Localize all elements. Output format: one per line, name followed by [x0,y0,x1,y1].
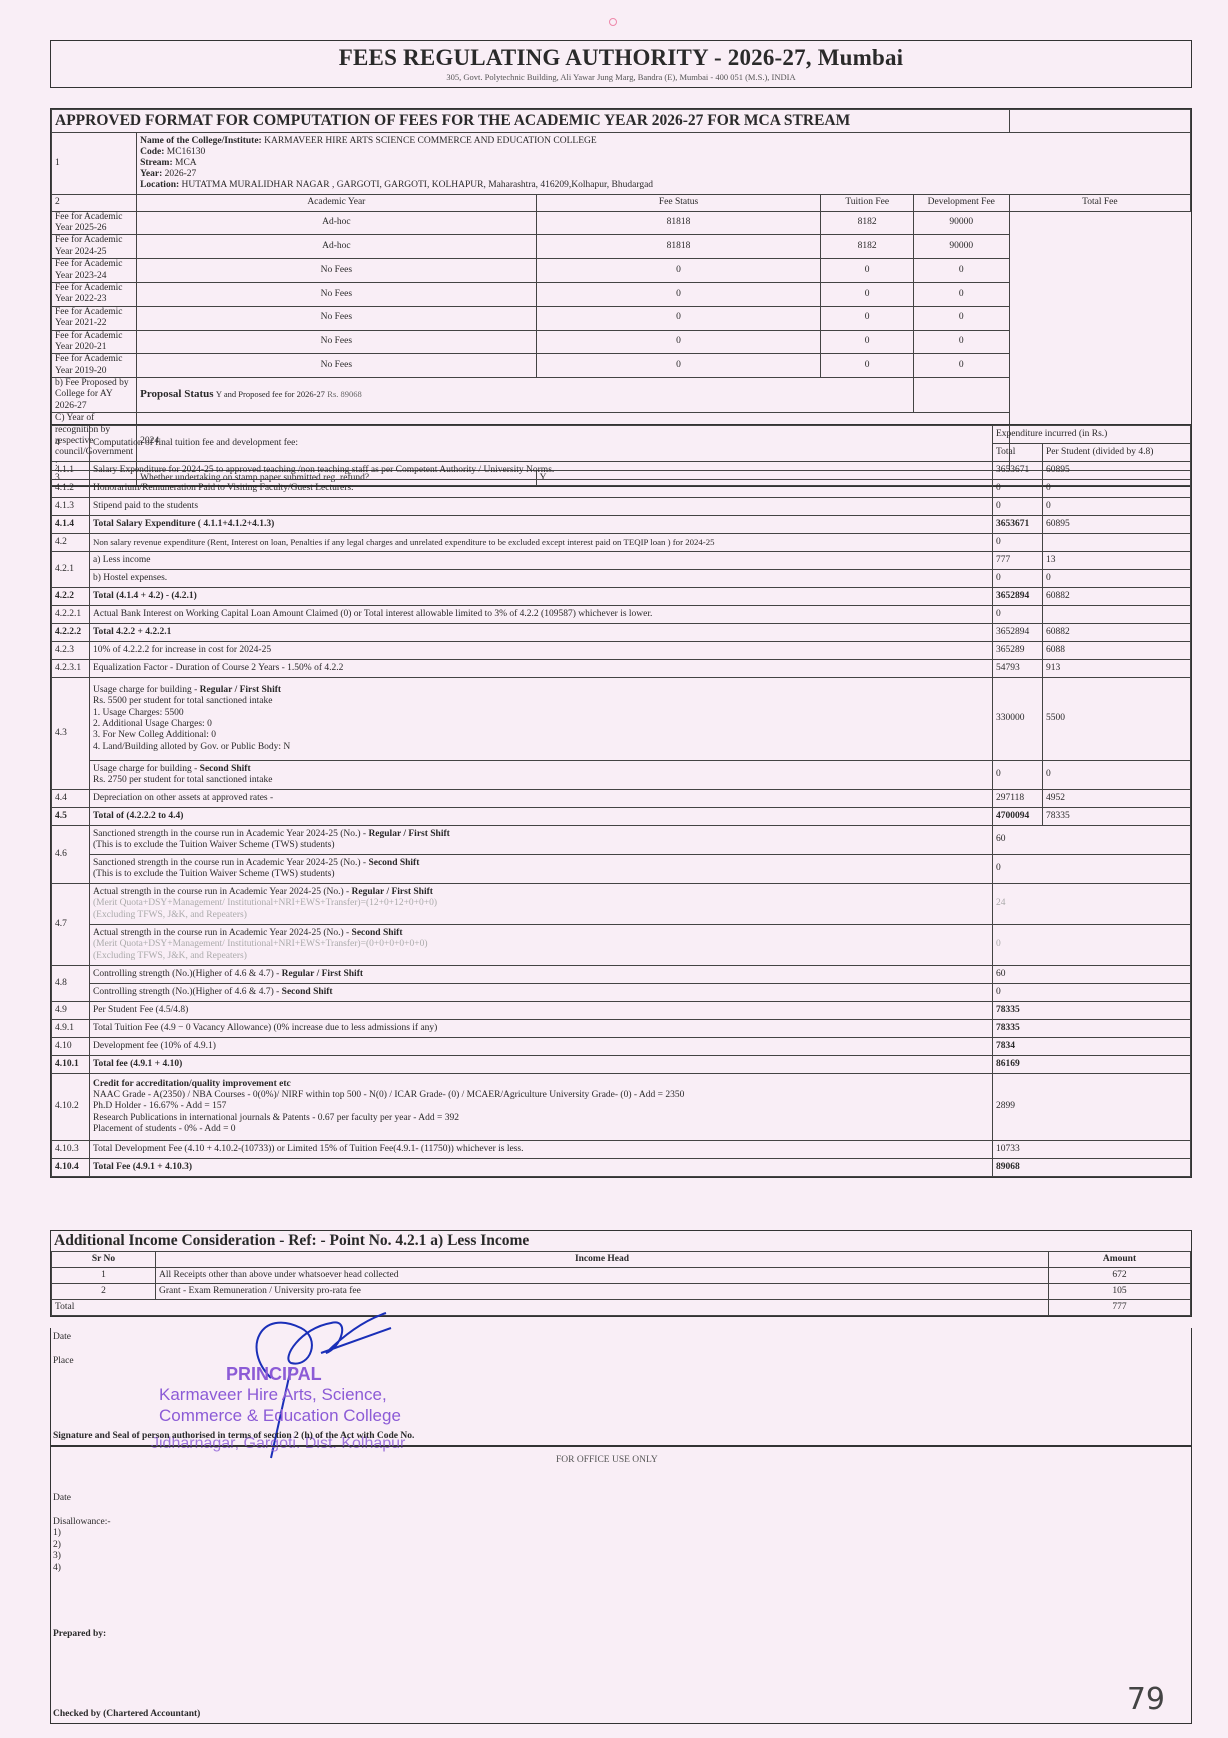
table-row: 4.10.2 Credit for accreditation/quality … [52,1074,1191,1141]
authority-title: FEES REGULATING AUTHORITY - 2026-27, Mum… [51,45,1191,71]
fee-history-row: Fee for Academic Year 2021-22No Fees000 [52,306,1191,330]
table-row: 4.10.4Total Fee (4.9.1 + 4.10.3)89068 [52,1159,1191,1177]
table-row: 4.10.1Total fee (4.9.1 + 4.10)86169 [52,1056,1191,1074]
table-row: 4.4Depreciation on other assets at appro… [52,790,1191,808]
year: 2026-27 [165,169,197,179]
college-details: Name of the College/Institute: KARMAVEER… [137,133,1191,195]
table-row: 4.2Non salary revenue expenditure (Rent,… [52,534,1191,552]
prepared-by-label: Prepared by: [53,1629,106,1639]
office-use-section: FOR OFFICE USE ONLY Date Disallowance:- … [50,1446,1192,1724]
table-row: 4.2.2Total (4.1.4 + 4.2) - (4.2.1)365289… [52,588,1191,606]
signature-block: Date Place PRINCIPAL Karmaveer Hire Arts… [50,1328,1192,1446]
income-row: 1All Receipts other than above under wha… [52,1268,1191,1284]
additional-income-title: Additional Income Consideration - Ref: -… [51,1231,1191,1251]
table-row: 4.2.3.1Equalization Factor - Duration of… [52,660,1191,678]
table-row: 4.3 Usage charge for building - Regular … [52,678,1191,761]
office-use-heading: FOR OFFICE USE ONLY [556,1455,658,1465]
stream: MCA [175,158,197,168]
row-number: 4 [52,426,90,462]
table-row: Actual strength in the course run in Aca… [52,925,1191,966]
table-row: b) Hostel expenses.00 [52,570,1191,588]
table-row: 4.5Total of (4.2.2.2 to 4.4)470009478335 [52,808,1191,826]
final-total-fee: 89068 [993,1159,1191,1177]
fee-history-row: Fee for Academic Year 2023-24No Fees000 [52,259,1191,283]
fee-history-row: Fee for Academic Year 2020-21No Fees000 [52,330,1191,354]
disallowance-item: 4) [53,1563,111,1574]
authority-address: 305, Govt. Polytechnic Building, Ali Yaw… [51,72,1191,82]
additional-income-section: Additional Income Consideration - Ref: -… [50,1230,1192,1317]
table-row: 4.2.1a) Less income77713 [52,552,1191,570]
stamp-title: PRINCIPAL [226,1364,322,1385]
proposed-fee-label: b) Fee Proposed by College for AY 2026-2… [52,378,137,413]
row-number: 2 [52,194,137,211]
disallowance-item: 1) [53,1528,111,1539]
table-row: 4.2.2.1Actual Bank Interest on Working C… [52,606,1191,624]
fee-history-row: Fee for Academic Year 2025-26Ad-hoc81818… [52,211,1191,235]
table-row: 4.1.4Total Salary Expenditure ( 4.1.1+4.… [52,516,1191,534]
table-row: 4.2.2.2Total 4.2.2 + 4.2.2.1365289460882 [52,624,1191,642]
fee-history-row: Fee for Academic Year 2024-25Ad-hoc81818… [52,235,1191,259]
computation-heading: Computation of final tuition fee and dev… [90,426,993,462]
table-row: Usage charge for building - Second Shift… [52,761,1191,790]
table-row: 4.7 Actual strength in the course run in… [52,884,1191,925]
table-row: Sanctioned strength in the course run in… [52,855,1191,884]
per-student-header: Per Student (divided by 4.8) [1043,444,1191,462]
fee-history-row: Fee for Academic Year 2022-23No Fees000 [52,282,1191,306]
income-row: 2Grant - Exam Remuneration / University … [52,1284,1191,1300]
checked-by-label: Checked by (Chartered Accountant) [53,1709,200,1719]
table-row: 4.10.3Total Development Fee (4.10 + 4.10… [52,1141,1191,1159]
table-row: 4.9.1Total Tuition Fee (4.9 − 0 Vacancy … [52,1020,1191,1038]
proposal-status: Proposal Status Y and Proposed fee for 2… [137,378,914,413]
table-row: 4.1.1Salary Expenditure for 2024-25 to a… [52,462,1191,480]
signature-auth-label: Signature and Seal of person authorised … [53,1431,414,1441]
table-row: Controlling strength (No.)(Higher of 4.6… [52,984,1191,1002]
table-row: 4.2.310% of 4.2.2.2 for increase in cost… [52,642,1191,660]
punch-mark [609,18,617,26]
disallowance-list: Disallowance:- 1)2)3)4) [53,1517,111,1574]
table-row: 4.10Development fee (10% of 4.9.1)7834 [52,1038,1191,1056]
table-row: 4.8 Controlling strength (No.)(Higher of… [52,966,1191,984]
table-row: 4.9Per Student Fee (4.5/4.8)78335 [52,1002,1191,1020]
row-number: 1 [52,133,137,195]
table-row: 4.1.3Stipend paid to the students00 [52,498,1191,516]
total-header: Total [993,444,1043,462]
income-total-value: 777 [1049,1300,1191,1316]
page-number: 79 [1127,1682,1165,1717]
computation-section: 4 Computation of final tuition fee and d… [50,424,1192,1178]
authority-header: FEES REGULATING AUTHORITY - 2026-27, Mum… [50,40,1192,88]
table-row: 4.1.2Honorarium/Remuneration Paid to Vis… [52,480,1191,498]
college-code: MC16130 [167,147,206,157]
income-total-label: Total [52,1300,1049,1316]
format-title: APPROVED FORMAT FOR COMPUTATION OF FEES … [52,110,1010,133]
location: HUTATMA MURALIDHAR NAGAR , GARGOTI, GARG… [182,180,654,190]
disallowance-item: 2) [53,1540,111,1551]
expenditure-header: Expenditure incurred (in Rs.) [993,426,1191,444]
disallowance-item: 3) [53,1551,111,1562]
college-name: KARMAVEER HIRE ARTS SCIENCE COMMERCE AND… [264,136,597,146]
table-row: 4.6 Sanctioned strength in the course ru… [52,826,1191,855]
fee-history-row: Fee for Academic Year 2019-20No Fees000 [52,354,1191,378]
